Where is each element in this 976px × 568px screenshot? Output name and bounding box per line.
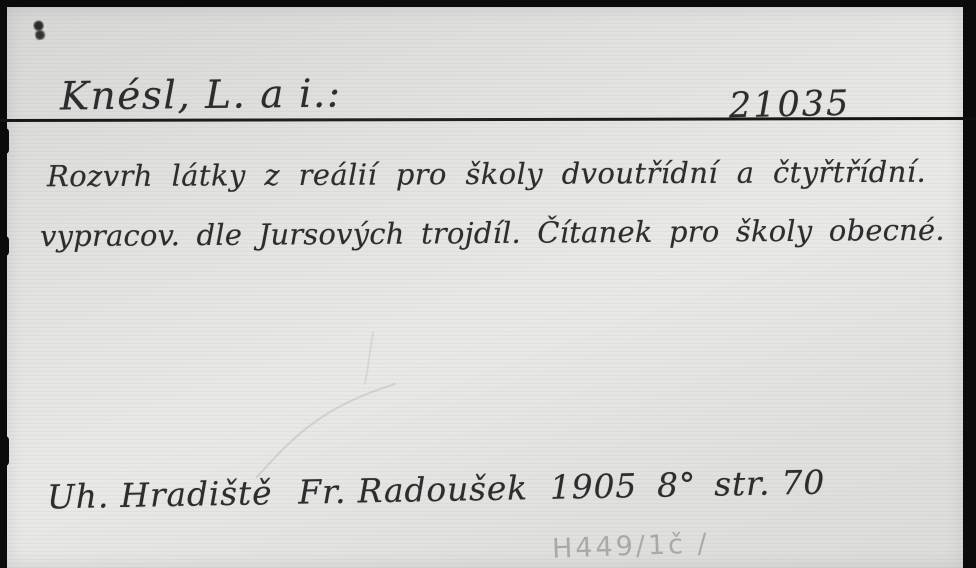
title-line-2: vypracov. dle Jursových trojdíl. Čítanek… xyxy=(40,213,945,253)
catalog-card-scan: Knésl, L. a i.: 21035 Rozvrh látky z reá… xyxy=(0,0,976,568)
scan-edge-notch xyxy=(0,436,9,466)
author-heading: Knésl, L. a i.: xyxy=(60,72,342,120)
scan-edge-notch xyxy=(0,128,9,154)
catalog-card: Knésl, L. a i.: 21035 Rozvrh látky z reá… xyxy=(7,7,963,568)
imprint-pages: str. 70 xyxy=(714,463,826,504)
scan-edge-notch xyxy=(0,236,9,256)
imprint-format: 8° xyxy=(657,465,697,505)
imprint-line: Uh. HradištěFr. Radoušek19058°str. 70 xyxy=(47,463,826,517)
imprint-year: 1905 xyxy=(550,466,638,507)
title-line-1: Rozvrh látky z reálií pro školy dvoutříd… xyxy=(47,155,926,194)
imprint-place: Uh. Hradiště xyxy=(47,473,273,516)
punch-mark xyxy=(32,19,47,41)
imprint-publisher: Fr. Radoušek xyxy=(298,468,528,511)
shelfmark-pencil: H449/1č / xyxy=(552,528,711,564)
